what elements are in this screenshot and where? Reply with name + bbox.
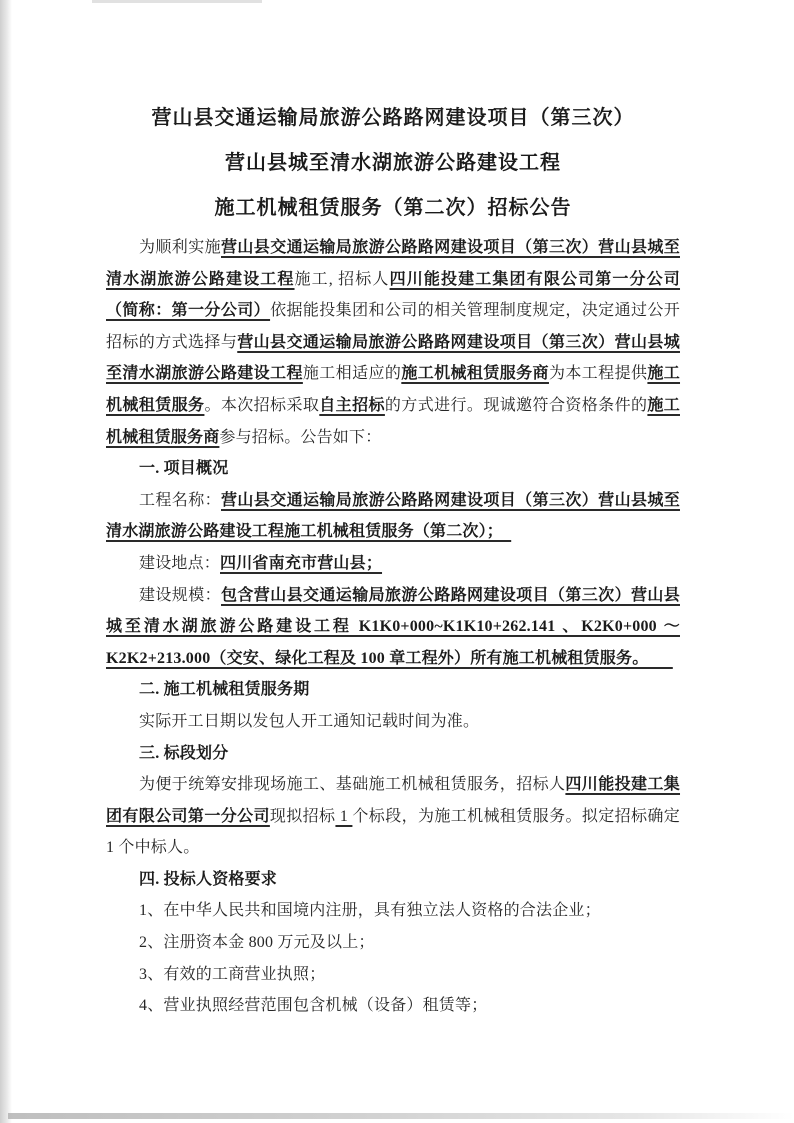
text-run: 为本工程提供 (549, 365, 647, 382)
text-run: 施工, 招标人 (295, 271, 390, 288)
paragraph: 3、有效的工商营业执照； (106, 959, 680, 991)
document-title: 营山县交通运输局旅游公路路网建设项目（第三次） 营山县城至清水湖旅游公路建设工程… (106, 96, 680, 231)
section-heading: 一. 项目概况 (106, 453, 680, 485)
paragraph: 2、注册资本金 800 万元及以上； (106, 927, 680, 959)
scanned-document-page: { "page": { "background": "#ffffff", "te… (0, 0, 794, 1123)
text-run: 建设规模： (139, 587, 221, 604)
underlined-text-run: 自主招标 (319, 397, 385, 414)
title-line-2: 营山县城至清水湖旅游公路建设工程 (106, 141, 680, 186)
paragraph: 建设规模：包含营山县交通运输局旅游公路路网建设项目（第三次）营山县城至清水湖旅游… (106, 580, 680, 675)
text-run: 四. 投标人资格要求 (139, 871, 277, 888)
paragraph: 工程名称：营山县交通运输局旅游公路路网建设项目（第三次）营山县城至清水湖旅游公路… (106, 485, 680, 548)
paragraph: 为顺利实施营山县交通运输局旅游公路路网建设项目（第三次）营山县城至清水湖旅游公路… (106, 232, 680, 453)
text-run: 参与招标。公告如下： (219, 429, 381, 446)
paragraph: 1、在中华人民共和国境内注册，具有独立法人资格的合法企业； (106, 895, 680, 927)
underlined-text-run: 施工机械租赁服务商 (401, 365, 549, 382)
section-heading: 四. 投标人资格要求 (106, 864, 680, 896)
text-run: 工程名称： (139, 492, 221, 509)
section-heading: 二. 施工机械租赁服务期 (106, 674, 680, 706)
text-run: 二. 施工机械租赁服务期 (139, 681, 309, 698)
underlined-text-run: 1 (335, 808, 352, 825)
scan-artifact-left-edge (0, 0, 12, 1123)
scan-artifact-bottom-edge (8, 1113, 794, 1119)
text-run: 为便于统筹安排现场施工、基础施工机械租赁服务，招标人 (139, 776, 565, 793)
title-line-3: 施工机械租赁服务（第二次）招标公告 (106, 186, 680, 231)
paragraph: 建设地点：四川省南充市营山县； (106, 548, 680, 580)
section-heading: 三. 标段划分 (106, 738, 680, 770)
paragraph: 为便于统筹安排现场施工、基础施工机械租赁服务，招标人四川能投建工集团有限公司第一… (106, 769, 680, 864)
scan-artifact-top-edge (92, 0, 262, 3)
document-content: 营山县交通运输局旅游公路路网建设项目（第三次） 营山县城至清水湖旅游公路建设工程… (106, 96, 680, 1022)
text-run: 一. 项目概况 (139, 460, 228, 477)
paragraph: 实际开工日期以发包人开工通知记载时间为准。 (106, 706, 680, 738)
underlined-text-run: 四川省南充市营山县； (220, 555, 382, 572)
text-run: 2、注册资本金 800 万元及以上； (139, 934, 375, 951)
text-run: 。本次招标采取 (204, 397, 319, 414)
text-run: 现拟招标 (270, 808, 336, 825)
text-run: 3、有效的工商营业执照； (139, 966, 325, 983)
title-line-1: 营山县交通运输局旅游公路路网建设项目（第三次） (106, 96, 680, 141)
text-run: 为顺利实施 (139, 239, 221, 256)
document-body: 为顺利实施营山县交通运输局旅游公路路网建设项目（第三次）营山县城至清水湖旅游公路… (106, 232, 680, 1022)
text-run: 三. 标段划分 (139, 745, 228, 762)
text-run: 施工相适应的 (303, 365, 401, 382)
text-run: 4、营业执照经营范围包含机械（设备）租赁等； (139, 997, 487, 1014)
text-run: 建设地点： (139, 555, 220, 572)
text-run: 1、在中华人民共和国境内注册，具有独立法人资格的合法企业； (139, 902, 601, 919)
text-run: 实际开工日期以发包人开工通知记载时间为准。 (139, 713, 479, 730)
paragraph: 4、营业执照经营范围包含机械（设备）租赁等； (106, 990, 680, 1022)
text-run: 的方式进行。现诚邀符合资格条件的 (385, 397, 647, 414)
